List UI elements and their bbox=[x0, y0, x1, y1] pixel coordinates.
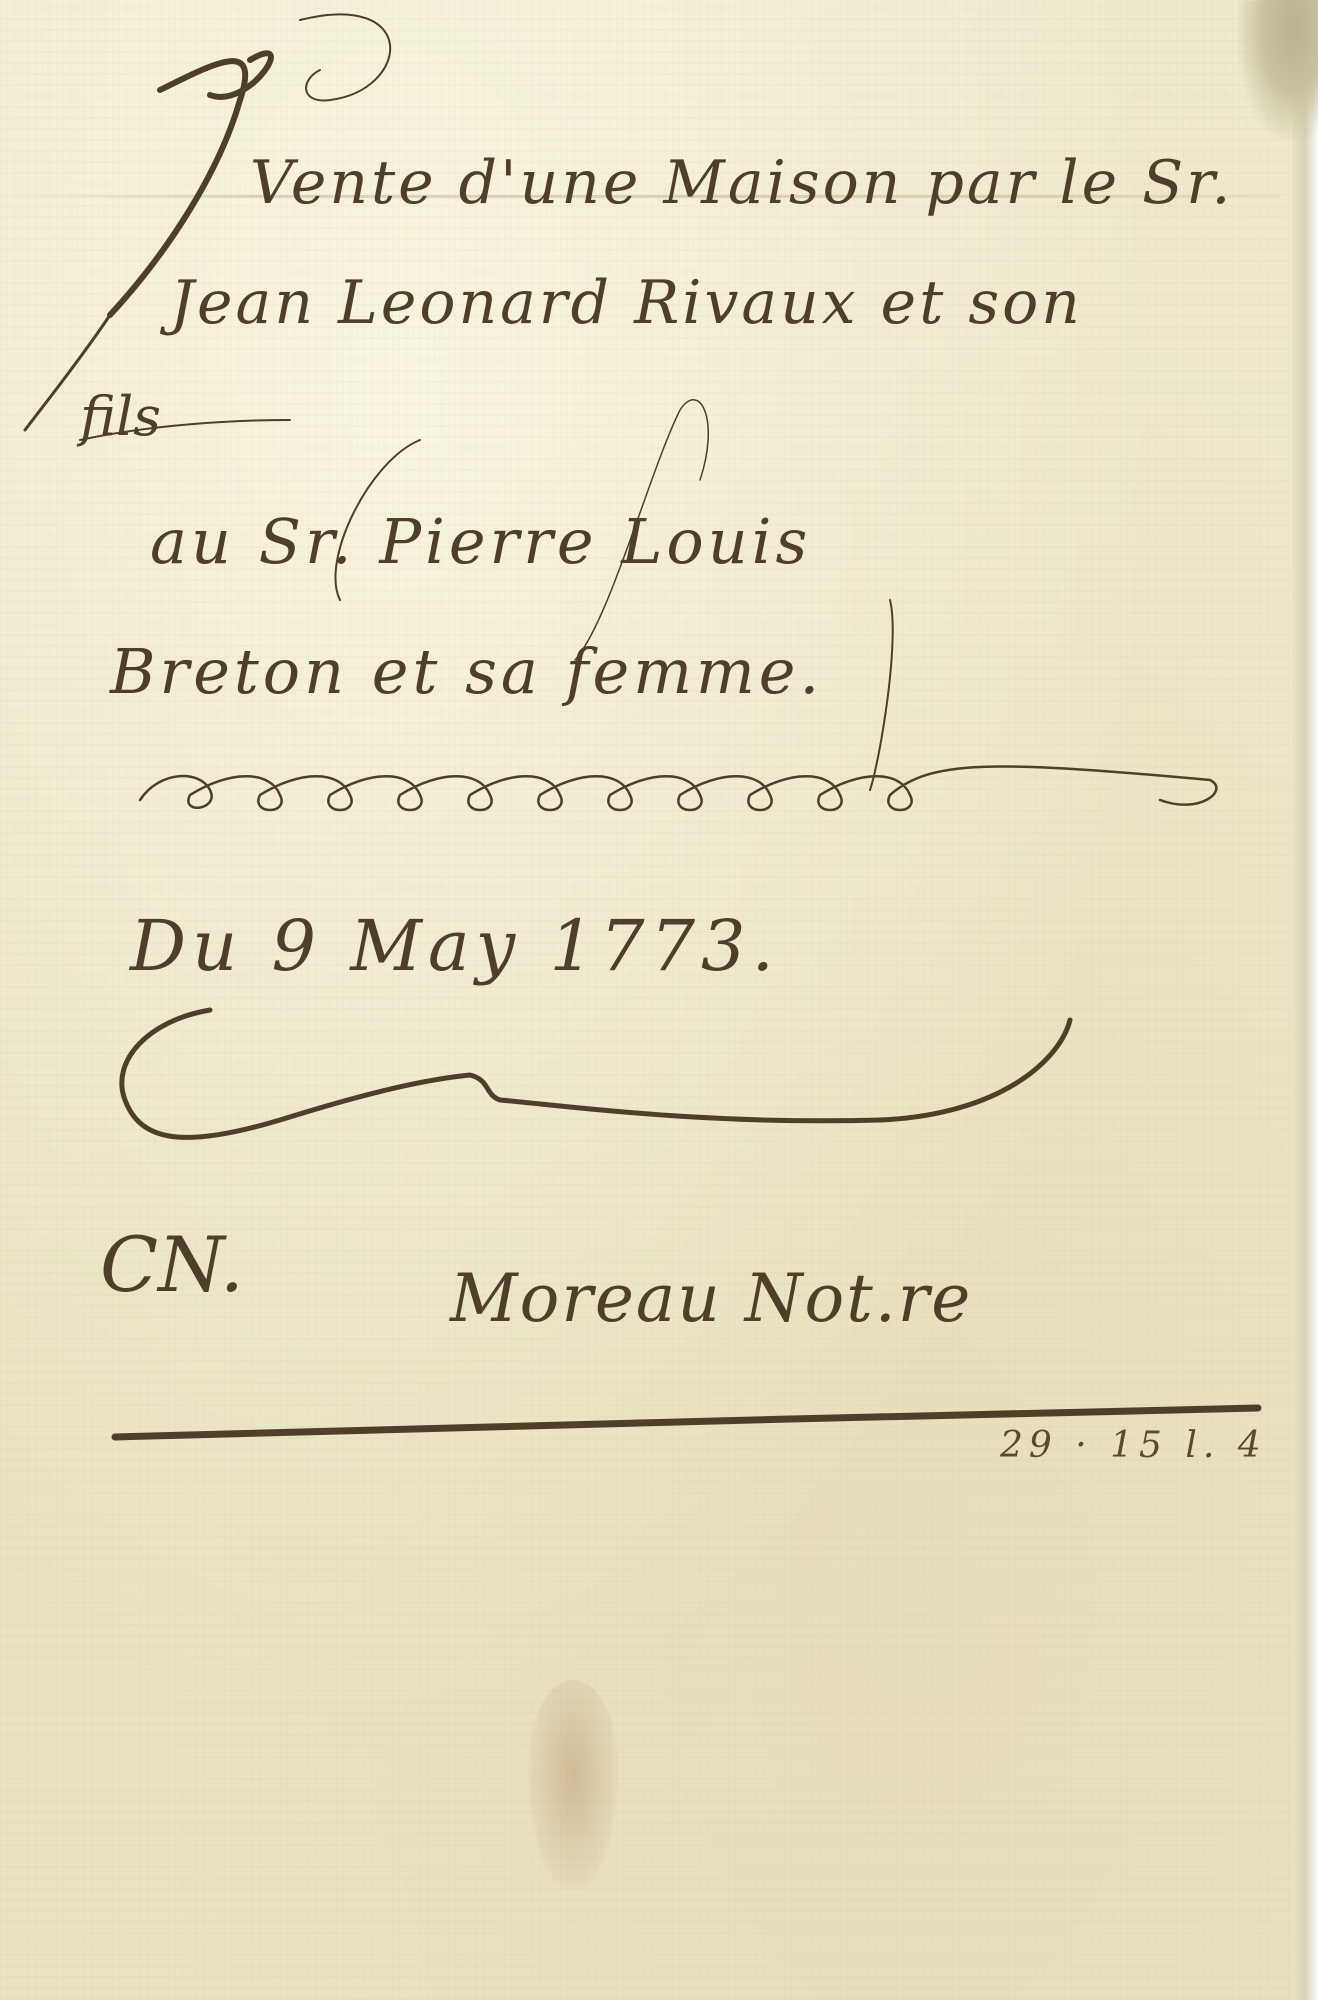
heading-line-5: Breton et sa femme. bbox=[110, 635, 823, 708]
notary-signature: Moreau Not.re bbox=[450, 1260, 972, 1337]
date-swash-flourish bbox=[122, 1010, 1070, 1137]
loop-row-flourish bbox=[140, 766, 1216, 810]
heading-line-4: au Sr. Pierre Louis bbox=[150, 505, 811, 578]
heading-line-2: Jean Leonard Rivaux et son bbox=[170, 268, 1083, 338]
date-line: Du 9 May 1773. bbox=[130, 905, 780, 987]
heading-line-3: fils bbox=[80, 385, 161, 448]
fee-note: 29 · 15 l. 4 bbox=[1000, 1425, 1267, 1466]
initials: CN. bbox=[100, 1220, 244, 1309]
heading-line-1: Vente d'une Maison par le Sr. bbox=[250, 148, 1233, 218]
